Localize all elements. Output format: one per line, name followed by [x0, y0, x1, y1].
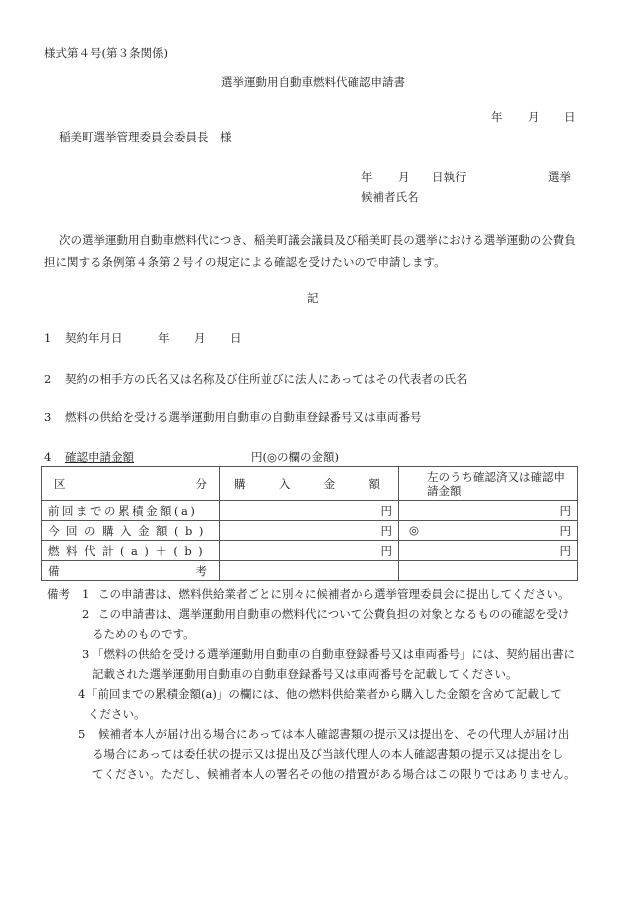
table-row: 燃料代計(a)＋(b) 円 円	[42, 541, 578, 561]
table-row: 備 考	[42, 561, 578, 581]
note-line: この申請書は、選挙運動用自動車の燃料代について公費負担の対象となるものの確認を受…	[98, 604, 569, 624]
item-number: 3	[44, 410, 51, 424]
header-purchase-amount: 購 入 金 額	[220, 467, 399, 501]
purchase-amount-cell[interactable]: 円	[220, 521, 399, 541]
note-line: ください。	[88, 704, 146, 724]
date-year-label: 年	[491, 110, 503, 124]
note-number: 5	[78, 724, 85, 744]
note-line: るためのものです。	[92, 624, 195, 644]
note-line: 「燃料の供給を受ける選挙運動用自動車の自動車登録番号又は車両番号」には、契約届出…	[92, 644, 575, 664]
remarks-cell-2[interactable]	[399, 561, 578, 581]
contract-day-label: 日	[230, 331, 242, 345]
contract-year-label: 年	[158, 331, 170, 345]
amount-table: 区 分 購 入 金 額 左のうち確認済又は確認申請金額 前回までの累積金額(a)…	[41, 466, 578, 581]
remarks-cell[interactable]	[220, 561, 399, 581]
election-label: 選挙	[548, 170, 571, 184]
note-line: 記載された選挙運動用自動車の自動車登録番号又は車両番号を記載してください。	[92, 664, 518, 684]
confirmed-amount-cell[interactable]: ◎円	[399, 521, 578, 541]
item-number: 4	[44, 450, 51, 464]
row-label: 前回までの累積金額(a)	[42, 501, 220, 521]
item-label: 契約の相手方の氏名又は名称及び住所並びに法人にあってはその代表者の氏名	[65, 372, 467, 386]
contract-month-label: 月	[194, 331, 206, 345]
row-label: 今回の購入金額(b)	[42, 521, 220, 541]
election-year-label: 年	[361, 170, 373, 184]
date-day-label: 日	[564, 110, 576, 124]
confirmed-amount-cell[interactable]: 円	[399, 501, 578, 521]
purchase-amount-cell[interactable]: 円	[220, 501, 399, 521]
form-number: 様式第４号(第３条関係)	[44, 46, 168, 60]
note-line: てください。ただし、候補者本人の署名その他の措置がある場合はこの限りではありませ…	[92, 764, 576, 784]
document-title: 選挙運動用自動車燃料代確認申請書	[221, 75, 405, 89]
confirmed-amount-cell[interactable]: 円	[399, 541, 578, 561]
election-held-label: 日執行	[432, 170, 467, 184]
intro-line-1: 次の選挙運動用自動車燃料代につき、稲美町議会議員及び稲美町長の選挙における選挙運…	[59, 233, 576, 247]
note-number: 4	[78, 684, 85, 704]
table-row: 今回の購入金額(b) 円 ◎円	[42, 521, 578, 541]
election-month-label: 月	[398, 170, 410, 184]
note-line: 「前回までの累積金額(a)」の欄には、他の燃料供給業者から購入した金額を含めて記…	[86, 684, 562, 704]
table-header-row: 区 分 購 入 金 額 左のうち確認済又は確認申請金額	[42, 467, 578, 501]
item-label: 契約年月日	[65, 331, 123, 345]
note-line: る場合にあっては委任状の提示又は提出及び当該代理人の本人確認書類の提示又は提出を…	[92, 744, 563, 764]
notes-heading: 備考	[47, 584, 70, 604]
addressee: 稲美町選挙管理委員会委員長 様	[59, 130, 232, 144]
note-line: この申請書は、燃料供給業者ごとに別々に候補者から選挙管理委員会に提出してください…	[98, 584, 570, 604]
item-number: 1	[44, 331, 51, 345]
candidate-name-label: 候補者氏名	[361, 190, 419, 204]
note-line: 候補者本人が届け出る場合にあっては本人確認書類の提示又は提出を、その代理人が届け…	[98, 724, 569, 744]
item-label: 確認申請金額円(◎の欄の金額)	[65, 450, 337, 464]
note-number: 1	[82, 584, 89, 604]
header-kubun: 区 分	[42, 467, 220, 501]
row-label-remarks: 備 考	[42, 561, 220, 581]
date-month-label: 月	[528, 110, 540, 124]
intro-line-2: 担に関する条例第４条第２号イの規定による確認を受けたいので申請します。	[44, 255, 446, 269]
note-number: 3	[82, 644, 89, 664]
row-label: 燃料代計(a)＋(b)	[42, 541, 220, 561]
item-number: 2	[44, 372, 51, 386]
table-row: 前回までの累積金額(a) 円 円	[42, 501, 578, 521]
header-confirmed-amount: 左のうち確認済又は確認申請金額	[399, 467, 578, 501]
item-label: 燃料の供給を受ける選挙運動用自動車の自動車登録番号又は車両番号	[65, 410, 422, 424]
note-number: 2	[82, 604, 89, 624]
ki-heading: 記	[307, 291, 319, 305]
purchase-amount-cell[interactable]: 円	[220, 541, 399, 561]
yen-note: 円(◎の欄の金額)	[251, 450, 339, 464]
double-circle-mark: ◎	[405, 523, 419, 537]
